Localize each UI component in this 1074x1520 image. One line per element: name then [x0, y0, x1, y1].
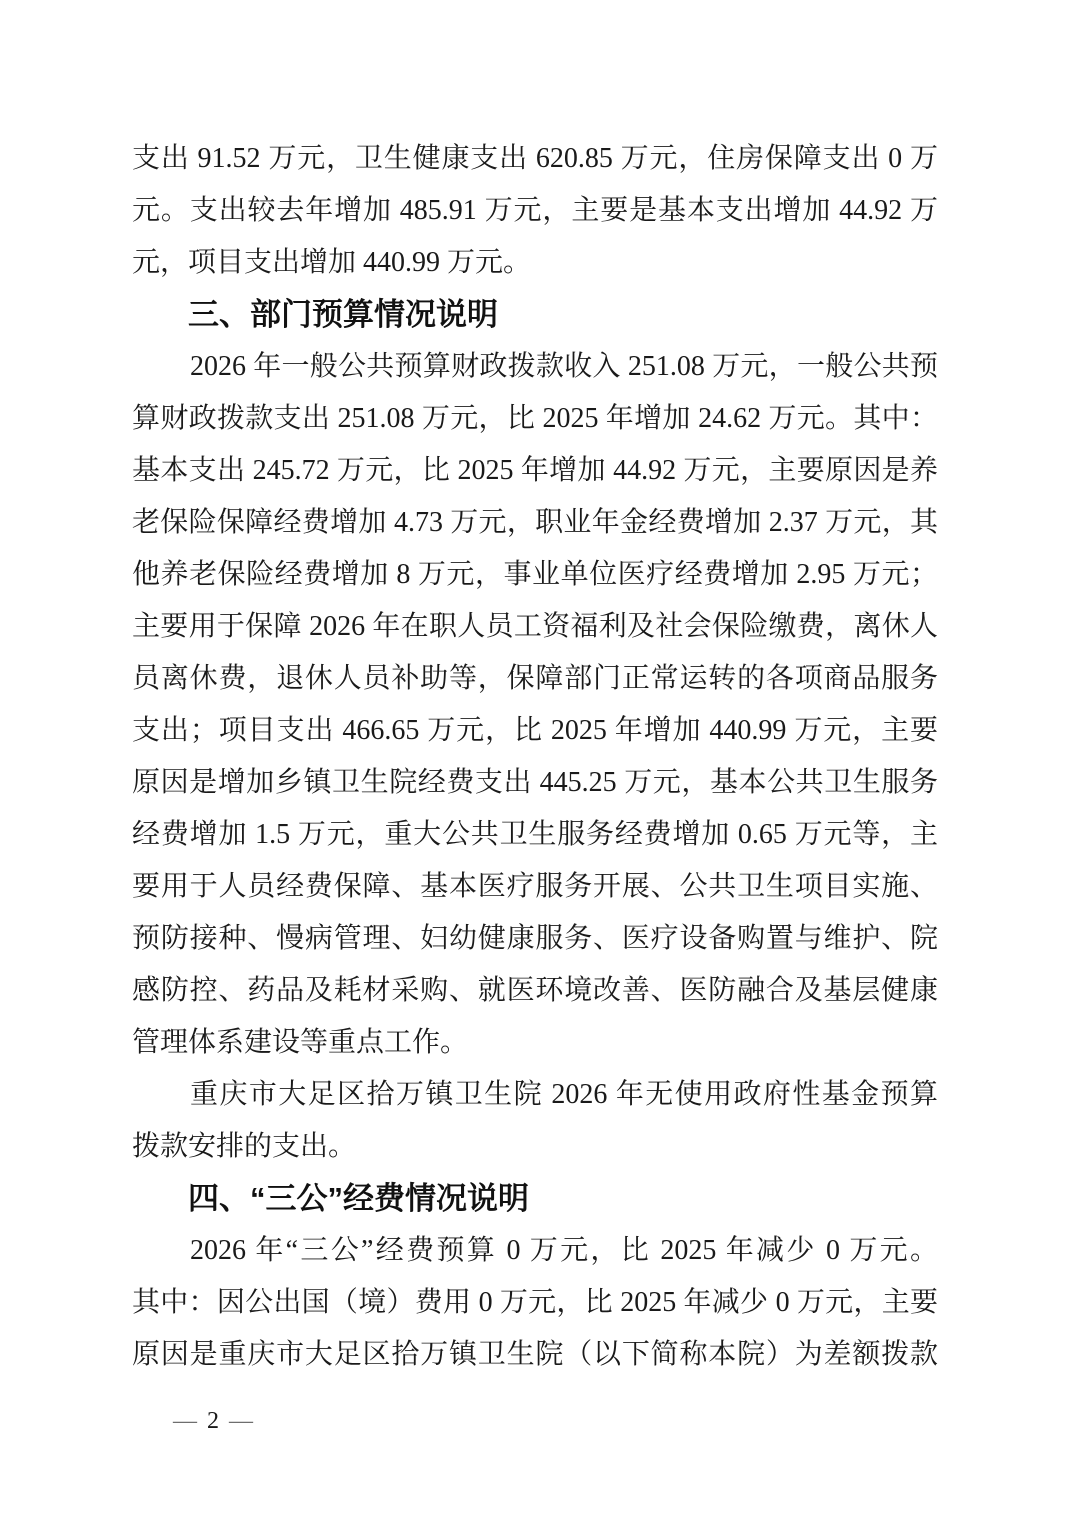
para-expenditure-summary-line-3: 元，项目支出增加 440.99 万元。	[132, 237, 938, 289]
para-expenditure-summary-line-1: 支出 91.52 万元，卫生健康支出 620.85 万元，住房保障支出 0 万	[132, 133, 938, 185]
para-budget-detail-line-9: 原因是增加乡镇卫生院经费支出 445.25 万元，基本公共卫生服务	[132, 757, 938, 809]
para-three-public-funds-line-1: 2026 年“三公”经费预算 0 万元，比 2025 年减少 0 万元。	[132, 1225, 938, 1277]
para-expenditure-summary-line-2: 元。支出较去年增加 485.91 万元，主要是基本支出增加 44.92 万	[132, 185, 938, 237]
para-budget-detail-line-13: 感防控、药品及耗材采购、就医环境改善、医防融合及基层健康	[132, 965, 938, 1017]
footer-dash-right: —	[229, 1408, 253, 1434]
para-budget-detail-line-4: 老保险保障经费增加 4.73 万元，职业年金经费增加 2.37 万元，其	[132, 497, 938, 549]
para-budget-detail-line-10: 经费增加 1.5 万元，重大公共卫生服务经费增加 0.65 万元等，主	[132, 809, 938, 861]
para-budget-detail-line-11: 要用于人员经费保障、基本医疗服务开展、公共卫生项目实施、	[132, 861, 938, 913]
document-content: 支出 91.52 万元，卫生健康支出 620.85 万元，住房保障支出 0 万元…	[132, 133, 938, 1381]
page-footer: —2—	[163, 1406, 263, 1436]
para-budget-detail-line-2: 算财政拨款支出 251.08 万元，比 2025 年增加 24.62 万元。其中…	[132, 393, 938, 445]
footer-dash-left: —	[173, 1408, 197, 1434]
para-budget-detail-line-8: 支出；项目支出 466.65 万元，比 2025 年增加 440.99 万元，主…	[132, 705, 938, 757]
heading-section-4-three-public-funds: 四、“三公”经费情况说明	[132, 1173, 938, 1225]
para-three-public-funds-line-3: 原因是重庆市大足区拾万镇卫生院（以下简称本院）为差额拨款	[132, 1329, 938, 1381]
para-budget-detail-line-1: 2026 年一般公共预算财政拨款收入 251.08 万元，一般公共预	[132, 341, 938, 393]
para-three-public-funds-line-2: 其中：因公出国（境）费用 0 万元，比 2025 年减少 0 万元，主要	[132, 1277, 938, 1329]
para-government-fund-line-2: 拨款安排的支出。	[132, 1121, 938, 1173]
para-budget-detail-line-3: 基本支出 245.72 万元，比 2025 年增加 44.92 万元，主要原因是…	[132, 445, 938, 497]
para-government-fund-line-1: 重庆市大足区拾万镇卫生院 2026 年无使用政府性基金预算	[132, 1069, 938, 1121]
para-budget-detail-line-6: 主要用于保障 2026 年在职人员工资福利及社会保险缴费，离休人	[132, 601, 938, 653]
document-page: 支出 91.52 万元，卫生健康支出 620.85 万元，住房保障支出 0 万元…	[0, 0, 1074, 1520]
para-budget-detail-line-12: 预防接种、慢病管理、妇幼健康服务、医疗设备购置与维护、院	[132, 913, 938, 965]
heading-section-3-department-budget: 三、部门预算情况说明	[132, 289, 938, 341]
para-budget-detail-line-14: 管理体系建设等重点工作。	[132, 1017, 938, 1069]
para-budget-detail-line-7: 员离休费，退休人员补助等，保障部门正常运转的各项商品服务	[132, 653, 938, 705]
footer-page-number: 2	[207, 1408, 219, 1434]
para-budget-detail-line-5: 他养老保险经费增加 8 万元，事业单位医疗经费增加 2.95 万元；	[132, 549, 938, 601]
